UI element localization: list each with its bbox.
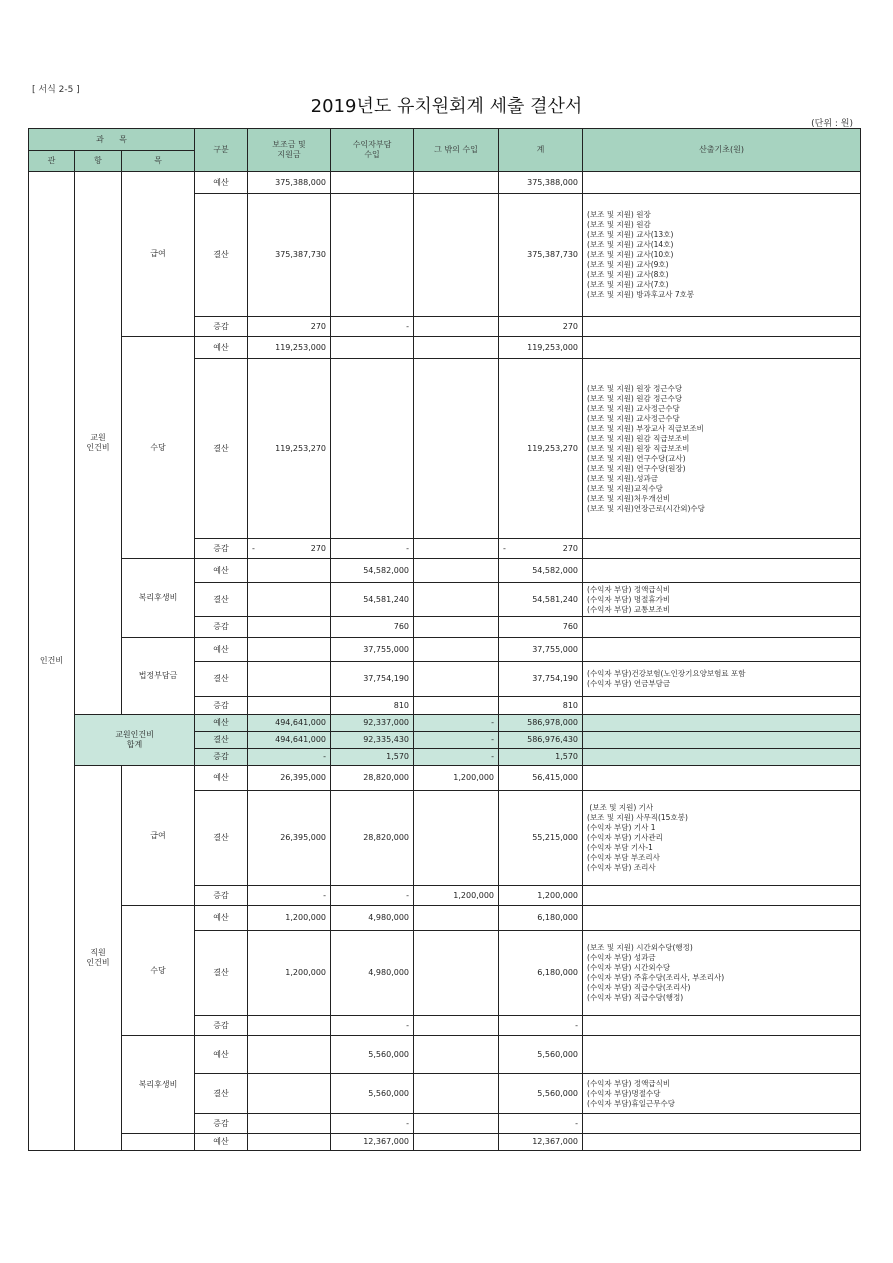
gubun-cell: 증감 — [195, 697, 248, 715]
header-other-income: 그 밖의 수입 — [414, 129, 499, 172]
basis-line: (보조 및 지원) 사무직(15호봉) — [587, 813, 856, 823]
other-amount — [414, 1036, 499, 1074]
subsidy-amount: 1,200,000 — [248, 906, 331, 931]
basis-line: (수익자 부담) 조리사 — [587, 863, 856, 873]
basis-line: (수익자 부담) 성과금 — [587, 953, 856, 963]
other-amount — [414, 1114, 499, 1134]
other-amount — [414, 662, 499, 697]
gubun-cell: 증감 — [195, 617, 248, 638]
other-amount — [414, 1134, 499, 1151]
beneficiary-amount: 37,754,190 — [331, 662, 414, 697]
header-basis: 산출기초(원) — [583, 129, 861, 172]
calculation-basis — [583, 749, 861, 766]
other-amount — [414, 1016, 499, 1036]
amount-value: 270 — [563, 544, 578, 553]
subsidy-amount: 270 — [248, 317, 331, 337]
basis-line: (수익자 부담) 직급수당(조리사) — [587, 983, 856, 993]
subsidy-amount — [248, 1036, 331, 1074]
total-amount: 56,415,000 — [499, 766, 583, 791]
table-row: 직원 인건비급여예산26,395,00028,820,0001,200,0005… — [29, 766, 861, 791]
table-row: 인건비교원 인건비급여예산375,388,000375,388,000 — [29, 172, 861, 194]
mok-cell: 급여 — [122, 766, 195, 906]
beneficiary-amount: 92,335,430 — [331, 732, 414, 749]
beneficiary-amount — [331, 194, 414, 317]
beneficiary-amount: 12,367,000 — [331, 1134, 414, 1151]
total-amount: 119,253,000 — [499, 337, 583, 359]
gubun-cell: 예산 — [195, 906, 248, 931]
beneficiary-amount: 5,560,000 — [331, 1036, 414, 1074]
gubun-cell: 결산 — [195, 931, 248, 1016]
basis-line: (수익자 부담) 시간외수당 — [587, 963, 856, 973]
calculation-basis — [583, 906, 861, 931]
subsidy-amount — [248, 1114, 331, 1134]
header-mok: 목 — [122, 151, 195, 172]
basis-line: (보조 및 지원)처우개선비 — [587, 494, 856, 504]
calculation-basis: (수익자 부담) 정액급식비(수익자 부담)명절수당(수익자 부담)휴일근무수당 — [583, 1074, 861, 1114]
gubun-cell: 예산 — [195, 1134, 248, 1151]
gubun-cell: 증감 — [195, 886, 248, 906]
calculation-basis — [583, 559, 861, 583]
beneficiary-amount: 54,582,000 — [331, 559, 414, 583]
basis-line: (수익자 부담) 직급수당(행정) — [587, 993, 856, 1003]
header-subject: 과 목 — [29, 129, 195, 151]
table-row: 예산12,367,00012,367,000 — [29, 1134, 861, 1151]
gubun-cell: 증감 — [195, 1016, 248, 1036]
calculation-basis — [583, 715, 861, 732]
other-amount — [414, 559, 499, 583]
gubun-cell: 결산 — [195, 662, 248, 697]
total-amount: 55,215,000 — [499, 791, 583, 886]
subsidy-amount — [248, 638, 331, 662]
beneficiary-amount: 54,581,240 — [331, 583, 414, 617]
gubun-cell: 예산 — [195, 559, 248, 583]
calculation-basis: (보조 및 지원) 원장(보조 및 지원) 원감(보조 및 지원) 교사(13호… — [583, 194, 861, 317]
beneficiary-amount: - — [331, 317, 414, 337]
gwan-cell: 인건비 — [29, 172, 75, 1151]
beneficiary-amount: - — [331, 1114, 414, 1134]
other-amount — [414, 697, 499, 715]
other-amount: - — [414, 715, 499, 732]
basis-line: (보조 및 지원) 교사정근수당 — [587, 404, 856, 414]
total-amount: 5,560,000 — [499, 1036, 583, 1074]
beneficiary-amount: 760 — [331, 617, 414, 638]
table-row: 수당예산119,253,000119,253,000 — [29, 337, 861, 359]
header-gwan: 관 — [29, 151, 75, 172]
basis-line: (보조 및 지원) 교사(13호) — [587, 230, 856, 240]
amount-value: 270 — [311, 544, 326, 553]
calculation-basis — [583, 172, 861, 194]
total-amount: 375,388,000 — [499, 172, 583, 194]
other-amount — [414, 337, 499, 359]
total-amount: 119,253,270 — [499, 359, 583, 539]
other-amount — [414, 617, 499, 638]
other-amount — [414, 539, 499, 559]
subsidy-amount: 494,641,000 — [248, 732, 331, 749]
gubun-cell: 예산 — [195, 766, 248, 791]
table-row: 복리후생비예산5,560,0005,560,000 — [29, 1036, 861, 1074]
subsidy-amount: 1,200,000 — [248, 931, 331, 1016]
calculation-basis: (보조 및 지원) 원장 정근수당(보조 및 지원) 원감 정근수당(보조 및 … — [583, 359, 861, 539]
calculation-basis — [583, 766, 861, 791]
other-amount — [414, 638, 499, 662]
basis-line: (보조 및 지원) 원감 — [587, 220, 856, 230]
basis-line: (보조 및 지원) 기사 — [587, 803, 856, 813]
other-amount — [414, 172, 499, 194]
total-amount: 37,755,000 — [499, 638, 583, 662]
total-amount: 586,976,430 — [499, 732, 583, 749]
gubun-cell: 결산 — [195, 359, 248, 539]
calculation-basis: (보조 및 지원) 시간외수당(행정)(수익자 부담) 성과금(수익자 부담) … — [583, 931, 861, 1016]
calculation-basis: (수익자 부담) 정액급식비(수익자 부담) 명절휴가비(수익자 부담) 교통보… — [583, 583, 861, 617]
gubun-cell: 증감 — [195, 749, 248, 766]
calculation-basis — [583, 617, 861, 638]
other-amount — [414, 317, 499, 337]
beneficiary-amount — [331, 359, 414, 539]
calculation-basis — [583, 539, 861, 559]
header-hang: 항 — [75, 151, 122, 172]
basis-line: (보조 및 지원)연장근로(시간외)수당 — [587, 504, 856, 514]
calculation-basis — [583, 732, 861, 749]
subsidy-amount — [248, 1134, 331, 1151]
other-amount: 1,200,000 — [414, 766, 499, 791]
calculation-basis — [583, 886, 861, 906]
mok-cell: 복리후생비 — [122, 1036, 195, 1134]
beneficiary-amount: 28,820,000 — [331, 766, 414, 791]
beneficiary-amount: 28,820,000 — [331, 791, 414, 886]
basis-line: (보조 및 지원) 부장교사 직급보조비 — [587, 424, 856, 434]
basis-line: (보조 및 지원) 시간외수당(행정) — [587, 943, 856, 953]
basis-line: (수익자 부담)휴일근무수당 — [587, 1099, 856, 1109]
gubun-cell: 예산 — [195, 172, 248, 194]
basis-line: (보조 및 지원) 방과후교사 7호봉 — [587, 290, 856, 300]
beneficiary-amount: 4,980,000 — [331, 931, 414, 1016]
gubun-cell: 결산 — [195, 194, 248, 317]
total-amount: -270 — [499, 539, 583, 559]
header-gubun: 구분 — [195, 129, 248, 172]
calculation-basis: (수익자 부담)건강보험(노인장기요양보험료 포함(수익자 부담) 연금부담금 — [583, 662, 861, 697]
basis-line: (보조 및 지원) 교사(10호) — [587, 250, 856, 260]
beneficiary-amount — [331, 337, 414, 359]
basis-line: (보조 및 지원) 연구수당(원장) — [587, 464, 856, 474]
gubun-cell: 결산 — [195, 583, 248, 617]
total-amount: 810 — [499, 697, 583, 715]
beneficiary-amount: - — [331, 539, 414, 559]
document-title: 2019년도 유치원회계 세출 결산서 — [0, 92, 893, 118]
header-beneficiary: 수익자부담 수입 — [331, 129, 414, 172]
mok-cell: 복리후생비 — [122, 559, 195, 638]
subsidy-amount: 494,641,000 — [248, 715, 331, 732]
calculation-basis — [583, 317, 861, 337]
total-amount: 54,581,240 — [499, 583, 583, 617]
other-amount: 1,200,000 — [414, 886, 499, 906]
basis-line: (보조 및 지원) 교사정근수당 — [587, 414, 856, 424]
other-amount — [414, 791, 499, 886]
subsidy-amount — [248, 559, 331, 583]
basis-line: (수익자 부담) 연금부담금 — [587, 679, 856, 689]
subsidy-amount — [248, 1016, 331, 1036]
other-amount — [414, 931, 499, 1016]
mok-cell: 법정부담금 — [122, 638, 195, 715]
basis-line: (보조 및 지원) 원감 직급보조비 — [587, 434, 856, 444]
mok-cell: 수당 — [122, 337, 195, 559]
mok-cell: 수당 — [122, 906, 195, 1036]
other-amount — [414, 194, 499, 317]
basis-line: (보조 및 지원).성과금 — [587, 474, 856, 484]
beneficiary-amount — [331, 172, 414, 194]
subsidy-amount — [248, 617, 331, 638]
other-amount — [414, 906, 499, 931]
basis-line: (보조 및 지원) 교사(8호) — [587, 270, 856, 280]
subsidy-amount: - — [248, 886, 331, 906]
basis-line: (수익자 부담 부조리사 — [587, 853, 856, 863]
header-total: 계 — [499, 129, 583, 172]
gubun-cell: 결산 — [195, 1074, 248, 1114]
total-amount: 54,582,000 — [499, 559, 583, 583]
gubun-cell: 예산 — [195, 715, 248, 732]
subsidy-amount — [248, 583, 331, 617]
calculation-basis — [583, 1036, 861, 1074]
subsidy-amount: 119,253,270 — [248, 359, 331, 539]
calculation-basis — [583, 697, 861, 715]
basis-line: (수익자 부담) 기사 1 — [587, 823, 856, 833]
calculation-basis — [583, 1016, 861, 1036]
total-amount: 270 — [499, 317, 583, 337]
beneficiary-amount: 810 — [331, 697, 414, 715]
calculation-basis — [583, 638, 861, 662]
basis-line: (수익자 부담)명절수당 — [587, 1089, 856, 1099]
other-amount — [414, 583, 499, 617]
other-amount: - — [414, 732, 499, 749]
subsidy-amount: 375,388,000 — [248, 172, 331, 194]
subsidy-amount: 26,395,000 — [248, 766, 331, 791]
total-amount: 1,200,000 — [499, 886, 583, 906]
beneficiary-amount: - — [331, 1016, 414, 1036]
table-row: 법정부담금예산37,755,00037,755,000 — [29, 638, 861, 662]
gubun-cell: 예산 — [195, 337, 248, 359]
basis-line: (보조 및 지원) 교사(14호) — [587, 240, 856, 250]
subsidy-amount — [248, 662, 331, 697]
basis-line: (수익자 부담) 교통보조비 — [587, 605, 856, 615]
basis-line: (보조 및 지원) 원장 — [587, 210, 856, 220]
subsidy-amount: 119,253,000 — [248, 337, 331, 359]
basis-line: (수익자 부담) 정액급식비 — [587, 585, 856, 595]
basis-line: (수익자 부담 기사-1 — [587, 843, 856, 853]
basis-line: (보조 및 지원) 교사(9호) — [587, 260, 856, 270]
mok-cell: 급여 — [122, 172, 195, 337]
total-amount: 1,570 — [499, 749, 583, 766]
basis-line: (수익자 부담)건강보험(노인장기요양보험료 포함 — [587, 669, 856, 679]
subsidy-amount: - — [248, 749, 331, 766]
gubun-cell: 예산 — [195, 638, 248, 662]
total-amount: 5,560,000 — [499, 1074, 583, 1114]
basis-line: (보조 및 지원) 원장 정근수당 — [587, 384, 856, 394]
calculation-basis — [583, 337, 861, 359]
beneficiary-amount: 4,980,000 — [331, 906, 414, 931]
subsidy-amount: 375,387,730 — [248, 194, 331, 317]
beneficiary-amount: - — [331, 886, 414, 906]
subsidy-amount — [248, 1074, 331, 1114]
basis-line: (보조 및 지원)교직수당 — [587, 484, 856, 494]
gubun-cell: 결산 — [195, 791, 248, 886]
other-amount: - — [414, 749, 499, 766]
subsidy-amount — [248, 697, 331, 715]
beneficiary-amount: 5,560,000 — [331, 1074, 414, 1114]
beneficiary-amount: 1,570 — [331, 749, 414, 766]
subtotal-label: 교원인건비 합계 — [75, 715, 195, 766]
total-amount: - — [499, 1016, 583, 1036]
table-row: 수당예산1,200,0004,980,0006,180,000 — [29, 906, 861, 931]
mok-cell — [122, 1134, 195, 1151]
beneficiary-amount: 37,755,000 — [331, 638, 414, 662]
table-row: 복리후생비예산54,582,00054,582,000 — [29, 559, 861, 583]
subsidy-amount: 26,395,000 — [248, 791, 331, 886]
basis-line: (보조 및 지원) 연구수당(교사) — [587, 454, 856, 464]
gubun-cell: 증감 — [195, 539, 248, 559]
calculation-basis — [583, 1134, 861, 1151]
total-amount: 37,754,190 — [499, 662, 583, 697]
total-amount: 375,387,730 — [499, 194, 583, 317]
calculation-basis: (보조 및 지원) 기사(보조 및 지원) 사무직(15호봉)(수익자 부담) … — [583, 791, 861, 886]
basis-line: (수익자 부담) 기사관리 — [587, 833, 856, 843]
other-amount — [414, 1074, 499, 1114]
total-amount: 760 — [499, 617, 583, 638]
basis-line: (수익자 부담) 명절휴가비 — [587, 595, 856, 605]
total-amount: - — [499, 1114, 583, 1134]
total-amount: 6,180,000 — [499, 906, 583, 931]
other-amount — [414, 359, 499, 539]
total-amount: 586,978,000 — [499, 715, 583, 732]
negative-sign: - — [252, 544, 255, 554]
subtotal-row: 교원인건비 합계예산494,641,00092,337,000-586,978,… — [29, 715, 861, 732]
hang-cell: 교원 인건비 — [75, 172, 122, 715]
basis-line: (수익자 부담) 주휴수당(조리사, 부조리사) — [587, 973, 856, 983]
beneficiary-amount: 92,337,000 — [331, 715, 414, 732]
header-subsidy: 보조금 및 지원금 — [248, 129, 331, 172]
subsidy-amount: -270 — [248, 539, 331, 559]
hang-cell: 직원 인건비 — [75, 766, 122, 1151]
calculation-basis — [583, 1114, 861, 1134]
gubun-cell: 예산 — [195, 1036, 248, 1074]
total-amount: 12,367,000 — [499, 1134, 583, 1151]
negative-sign: - — [503, 544, 506, 554]
basis-line: (수익자 부담) 정액급식비 — [587, 1079, 856, 1089]
basis-line: (보조 및 지원) 원감 정근수당 — [587, 394, 856, 404]
basis-line: (보조 및 지원) 교사(7호) — [587, 280, 856, 290]
total-amount: 6,180,000 — [499, 931, 583, 1016]
expenditure-settlement-table: 과 목 구분 보조금 및 지원금 수익자부담 수입 그 밖의 수입 계 산출기초… — [28, 128, 861, 1151]
basis-line: (보조 및 지원) 원장 직급보조비 — [587, 444, 856, 454]
gubun-cell: 증감 — [195, 1114, 248, 1134]
gubun-cell: 결산 — [195, 732, 248, 749]
gubun-cell: 증감 — [195, 317, 248, 337]
